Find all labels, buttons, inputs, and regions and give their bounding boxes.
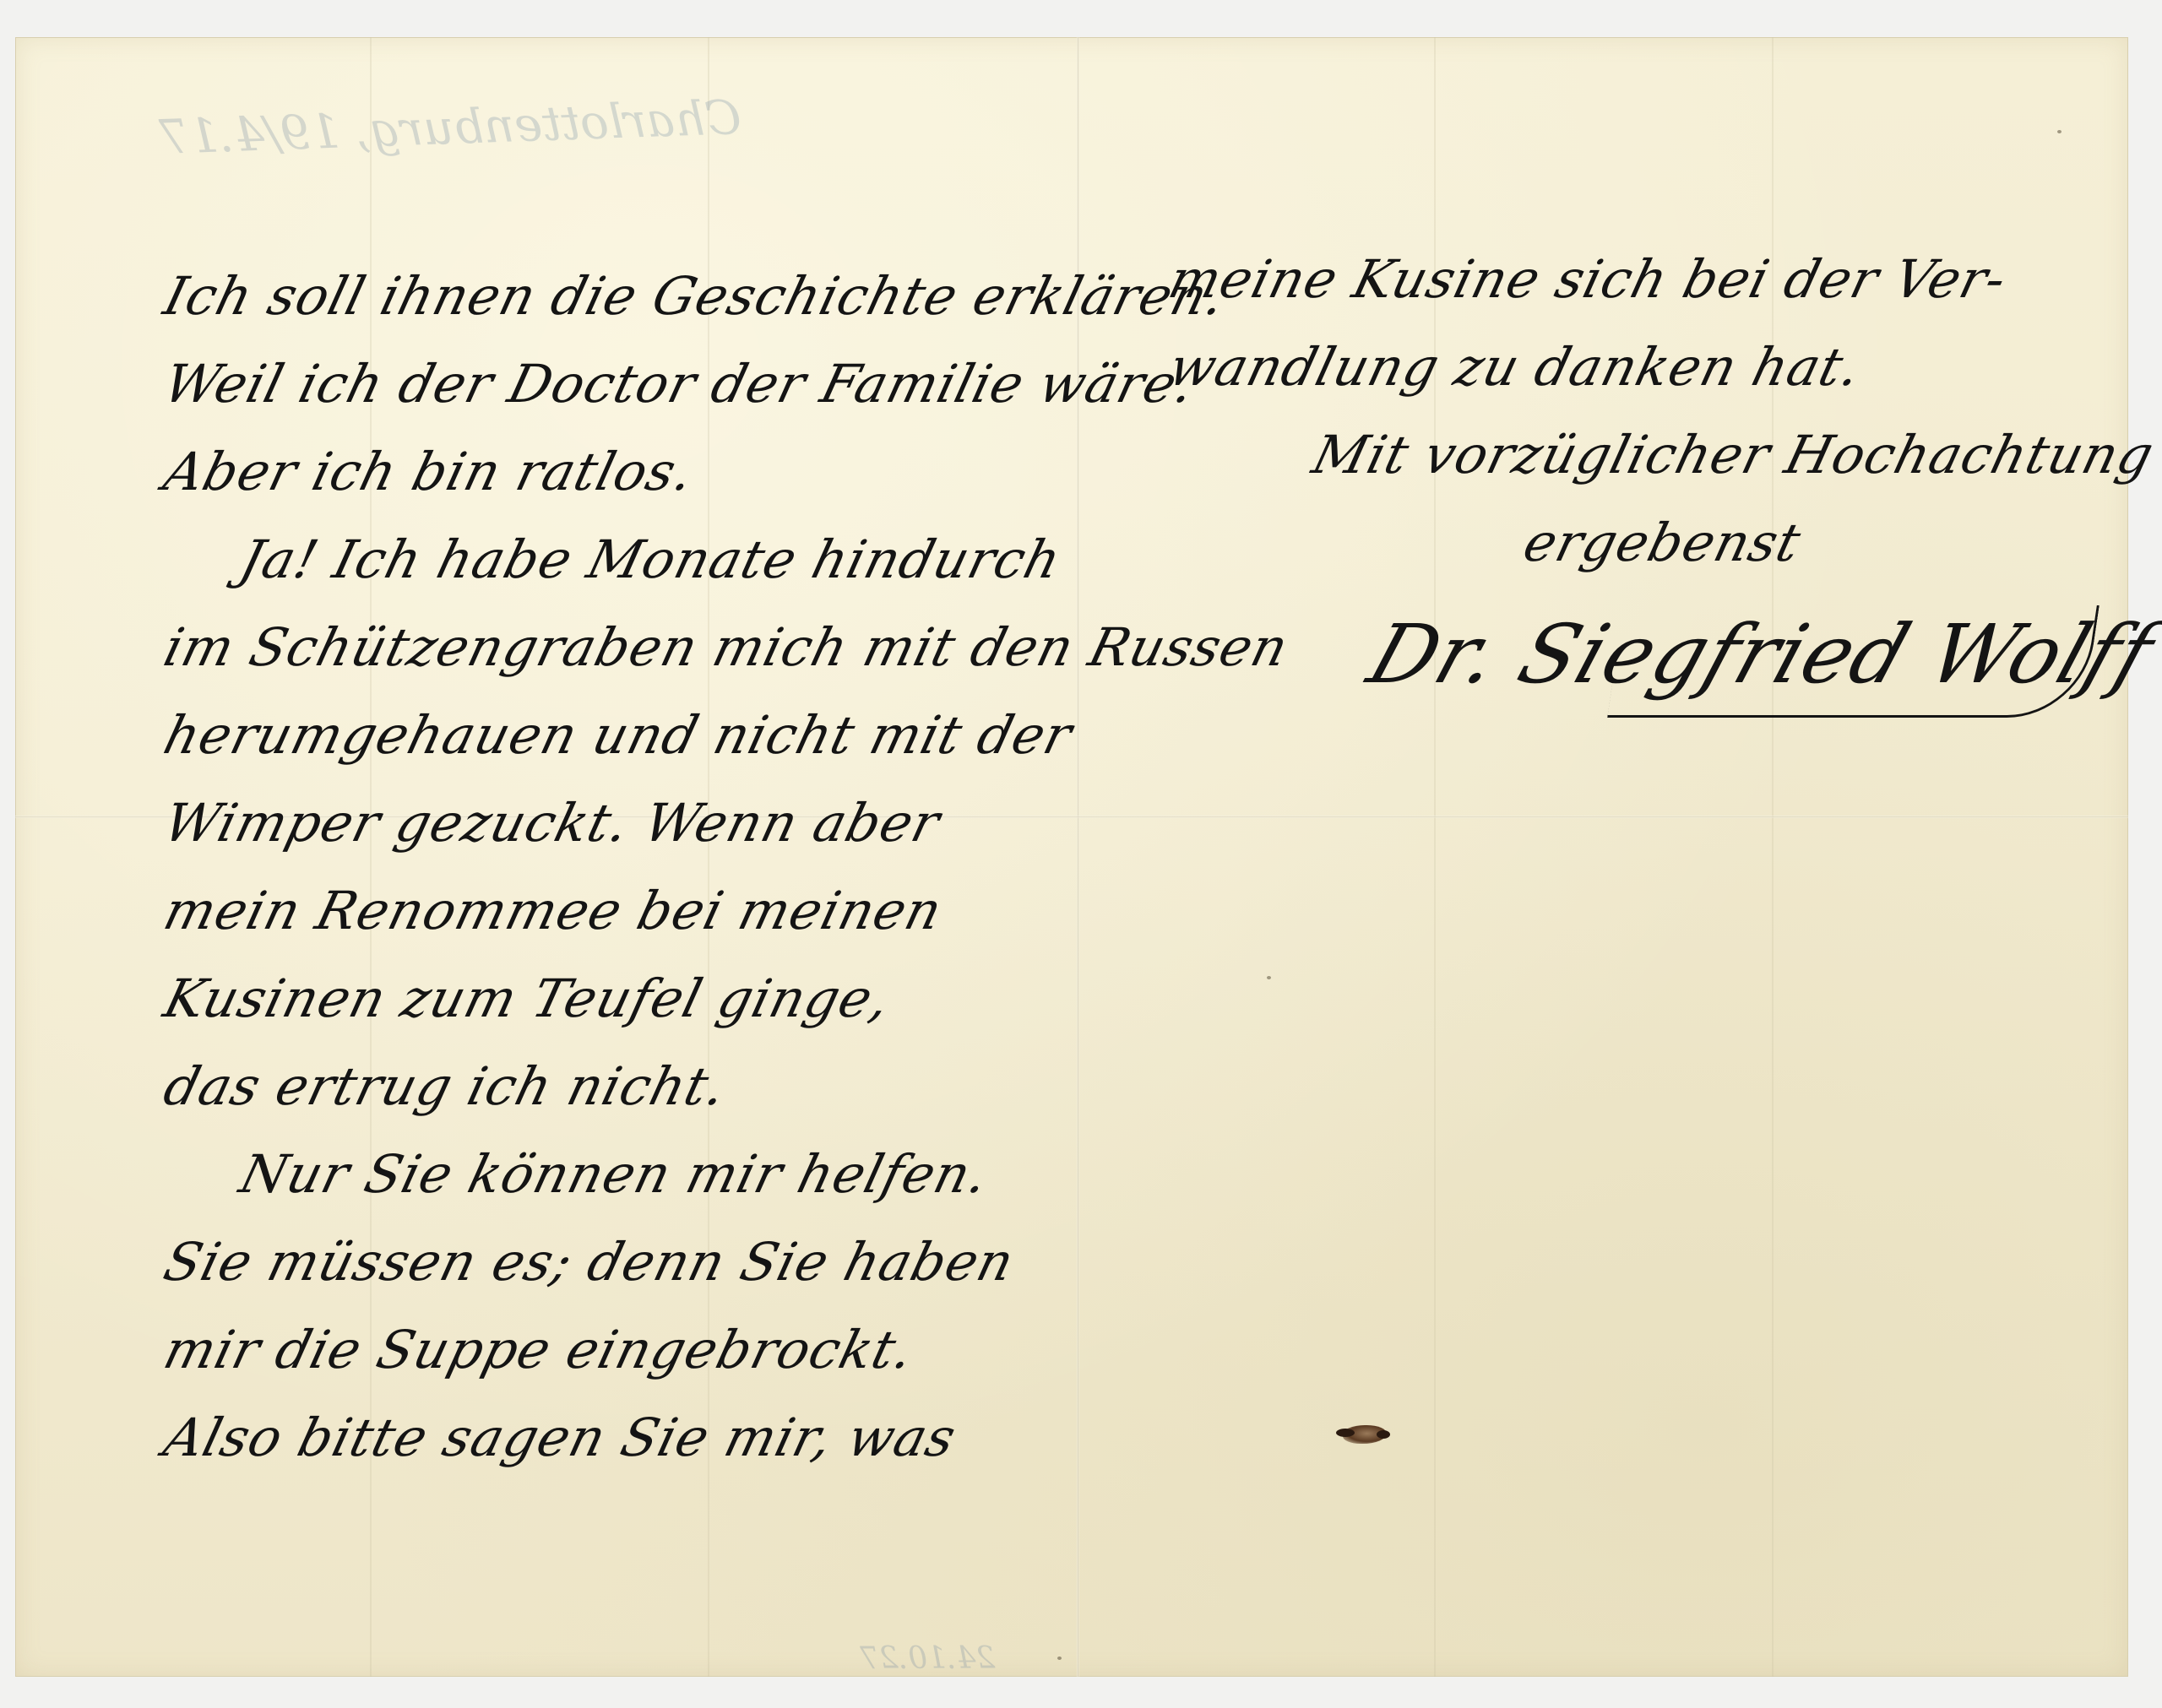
letter-line: im Schützengraben mich mit den Russen xyxy=(155,604,1072,691)
letter-line: Ja! Ich habe Monate hindurch xyxy=(155,516,1072,604)
letter-line: das ertrug ich nicht. xyxy=(155,1043,1072,1131)
closing-ergebenst: ergebenst xyxy=(1160,499,2110,587)
letter-line: Weil ich der Doctor der Familie wäre. xyxy=(155,340,1072,428)
signature: Dr. Siegfried Wolff xyxy=(1160,595,2127,713)
signature-flourish-icon xyxy=(1607,605,2100,718)
letter-paper: Charlottenburg, 19/4.17 24.10.27 Ich sol… xyxy=(15,37,2128,1677)
letter-line: Kusinen zum Teufel ginge, xyxy=(155,955,1072,1043)
letter-line: Also bitte sagen Sie mir, was xyxy=(155,1394,1072,1482)
letter-line: Aber ich bin ratlos. xyxy=(155,428,1072,516)
letter-right-column: meine Kusine sich bei der Ver- wandlung … xyxy=(1160,236,2089,713)
letter-line: Wimper gezuckt. Wenn aber xyxy=(155,779,1072,867)
scanned-letter: Charlottenburg, 19/4.17 24.10.27 Ich sol… xyxy=(0,0,2162,1708)
letter-line: Ich soll ihnen die Geschichte erklären. xyxy=(155,252,1072,340)
letter-line: Nur Sie können mir helfen. xyxy=(155,1131,1072,1218)
paper-speck xyxy=(2057,130,2062,133)
letter-line: wandlung zu danken hat. xyxy=(1160,323,2110,411)
letter-line: herumgehauen und nicht mit der xyxy=(155,691,1072,779)
paper-speck xyxy=(1057,1656,1062,1660)
closing-salutation: Mit vorzüglicher Hochachtung xyxy=(1160,411,2110,499)
letter-line: Sie müssen es; denn Sie haben xyxy=(155,1218,1072,1306)
letter-left-column: Ich soll ihnen die Geschichte erklären. … xyxy=(155,252,1050,1482)
ink-stain-icon xyxy=(1343,1425,1387,1444)
letter-line: mir die Suppe eingebrockt. xyxy=(155,1306,1072,1394)
letter-line: mein Renommee bei meinen xyxy=(155,867,1072,955)
letter-line: meine Kusine sich bei der Ver- xyxy=(1160,236,2110,323)
bleed-through-place-date: Charlottenburg, 19/4.17 xyxy=(158,90,742,165)
paper-speck xyxy=(1267,976,1271,979)
bleed-through-pencil-date: 24.10.27 xyxy=(860,1641,995,1676)
